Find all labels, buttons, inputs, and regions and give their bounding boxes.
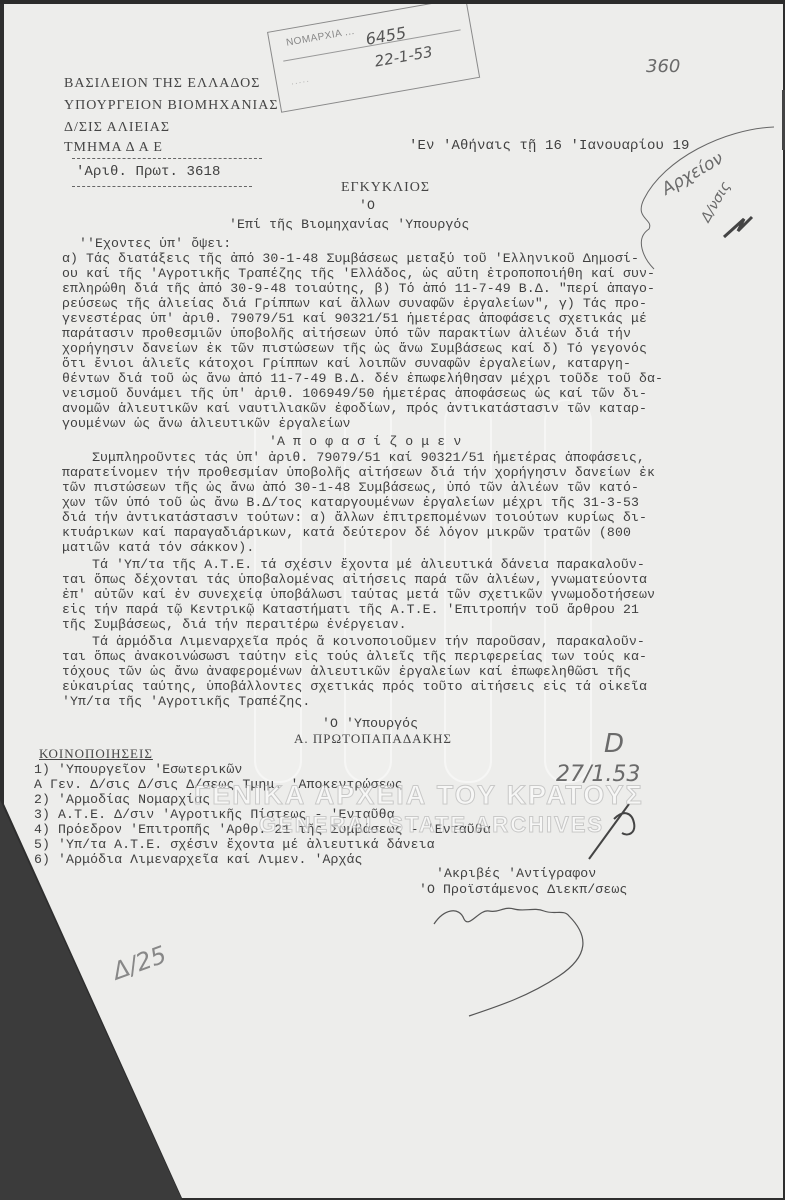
preamble-line: ὅτι ἔνιοι ἁλιεῖς κάτοχοι Γρίππων καί λοι… <box>62 356 631 371</box>
title-article: 'Ο <box>359 198 375 213</box>
decision-line: τῶν πιστώσεων τῆς ὡς ἄνω ἀπό 30-1-48 Συμ… <box>62 480 639 495</box>
decision-line: 'Υπ/τα τῆς 'Αγροτικῆς Τραπέζης. <box>62 694 310 709</box>
watermark-greek: ΓΕΝΙΚΑ ΑΡΧΕΙΑ ΤΟΥ ΚΡΑΤΟΥΣ <box>194 780 644 811</box>
handwritten-signature <box>424 899 604 1029</box>
decision-line: εὐκαιρίας ταύτης, ὑποβάλλοντες σχετικάς … <box>62 679 647 694</box>
signatory-name: Α. ΠΡΩΤΟΠΑΠΑΔΑΚΗΣ <box>294 731 452 747</box>
preamble-line: παράτασιν προθεσμιῶν ὑποβολῆς αἰτήσεων ὑ… <box>62 326 631 341</box>
decision-line: παρατείνομεν τήν προθεσμίαν ὑποβολῆς αἰτ… <box>62 465 655 480</box>
stamp-date: 22-1-53 <box>373 43 434 71</box>
stamp-small-text: . . . . . <box>291 77 309 87</box>
decision-heading: 'Α π ο φ α σ ί ζ ο μ ε ν <box>269 434 461 449</box>
distribution-item: 5) 'Υπ/τα Α.Τ.Ε. σχέσιν ἔχοντα μέ ἁλιευτ… <box>34 837 435 852</box>
distribution-heading: ΚΟΙΝΟΠΟΙΗΣΕΙΣ <box>39 746 153 762</box>
decision-line: τόχους τῶν ὡς ἄνω ἀναφερομένων ἁλιευτικῶ… <box>62 664 631 679</box>
distribution-item: 6) 'Αρμόδια Λιμεναρχεῖα καί Λιμεν. 'Αρχά… <box>34 852 363 867</box>
letterhead-line-3: Δ/ΣΙΣ ΑΛΙΕΙΑΣ <box>64 120 170 136</box>
pencil-note: Δ/25 <box>109 940 170 985</box>
stamp-title: ΝΟΜΑΡΧΙΑ ... <box>285 26 355 49</box>
circular-title: ΕΓΚΥΚΛΙΟΣ <box>341 180 430 196</box>
letterhead-line-1: ΒΑΣΙΛΕΙΟΝ ΤΗΣ ΕΛΛΑΔΟΣ <box>64 76 260 92</box>
preamble-line: ρεύσεως τῆς ἁλιείας διά Γρίππων καί ἄλλω… <box>62 296 647 311</box>
issuer-line: 'Επί τῆς Βιομηχανίας 'Υπουργός <box>229 217 469 232</box>
preamble-line: νεισμοῦ δυνάμει τῆς ὑπ' ἀριθ. 106949/50 … <box>62 386 647 401</box>
protocol-rule <box>72 186 252 187</box>
decision-line: ἐπ' αὐτῶν καί ἐν συνεχείᾳ ὑποβάλωσι ταύτ… <box>62 587 655 602</box>
preamble-heading: ''Εχοντες ὑπ' ὄψει: <box>79 236 231 251</box>
certification-line: 'Ακριβές 'Αντίγραφον <box>436 866 596 881</box>
decision-line: κτυάρικων καί παραγαδιάρικων, κατά δεύτε… <box>62 525 631 540</box>
stamp-number: 6455 <box>364 23 407 49</box>
scan-edge-top <box>0 0 785 4</box>
decision-line: ται ὅπως δέχονται τάς ὑποβαλομένας αἰτήσ… <box>62 572 647 587</box>
watermark-english: GENERAL STATE ARCHIVES <box>259 812 604 838</box>
distribution-item: 1) 'Υπουργεῖον 'Εσωτερικῶν <box>34 762 242 777</box>
preamble-line: γουμένων ὡς ἄνω ἁλιευτικῶν ἐργαλείων <box>62 416 351 431</box>
preamble-line: α) Τάς διατάξεις τῆς ἀπό 30-1-48 Συμβάσε… <box>62 251 639 266</box>
handwritten-d: D <box>604 729 624 759</box>
document-page: ΝΟΜΑΡΧΙΑ ... 6455 22-1-53 . . . . . 360 … <box>4 4 783 1198</box>
preamble-line: θέντων διά τοῦ ὡς ἄνω ἀπό 11-7-49 Β.Δ. δ… <box>62 371 663 386</box>
preamble-line: χορήγησιν δανείων ἐκ τῶν πιστώσεων τῆς ὡ… <box>62 341 647 356</box>
decision-line: Τά ἁρμόδια Λιμεναρχεῖα πρός ἅ κοινοποιοῦ… <box>92 634 645 649</box>
decision-line: ται ὅπως ἀνακοινώσωσι ταύτην εἰς τούς ἁλ… <box>62 649 647 664</box>
decision-line: ματιῶν κατά τόν σάκκον). <box>62 540 254 555</box>
decision-line: Συμπληροῦντες τάς ὑπ' ἀριθ. 79079/51 καί… <box>92 450 645 465</box>
preamble-line: γενεστέρας ὑπ' ἀριθ. 79079/51 καί 90321/… <box>62 311 647 326</box>
registry-stamp: ΝΟΜΑΡΧΙΑ ... 6455 22-1-53 . . . . . <box>267 0 480 113</box>
letterhead-line-2: ΥΠΟΥΡΓΕΙΟΝ ΒΙΟΜΗΧΑΝΙΑΣ <box>64 98 278 114</box>
decision-line: τῆς Συμβάσεως, διά τήν περαιτέρω ἐνέργει… <box>62 617 407 632</box>
preamble-line: ανομῶν ἁλιευτικῶν καί ναυτιλιακῶν ἐφοδίω… <box>62 401 647 416</box>
archive-page-number: 360 <box>646 56 680 77</box>
certification-line: 'Ο Προϊστάμενος Διεκπ/σεως <box>419 882 627 897</box>
preamble-line: επληρώθη διά τῆς ἀπό 30-9-48 τοιαύτης, β… <box>62 281 655 296</box>
letterhead-line-4: ΤΜΗΜΑ Δ Α Ε <box>64 140 163 156</box>
signatory-title: 'Ο 'Υπουργός <box>322 716 418 731</box>
decision-line: χων τῶν ὑπό τοῦ ὡς ἄνω Β.Δ/τος καταργουμ… <box>62 495 639 510</box>
letterhead-rule <box>72 158 262 159</box>
decision-line: διά τήν ἀντικατάστασιν τούτων: α) ἄλλων … <box>62 510 647 525</box>
preamble-line: ου καί τῆς 'Αγροτικῆς Τραπέζης τῆς 'Ελλά… <box>62 266 655 281</box>
protocol-number: 'Αριθ. Πρωτ. 3618 <box>76 164 221 180</box>
decision-line: εἰς τήν παρά τῷ Κεντρικῷ Καταστήματι τῆς… <box>62 602 639 617</box>
distribution-item: 2) 'Αρμοδίας Νομαρχίας <box>34 792 210 807</box>
decision-line: Τά 'Υπ/τα τῆς Α.Τ.Ε. τά σχέσιν ἔχοντα μέ… <box>92 557 645 572</box>
